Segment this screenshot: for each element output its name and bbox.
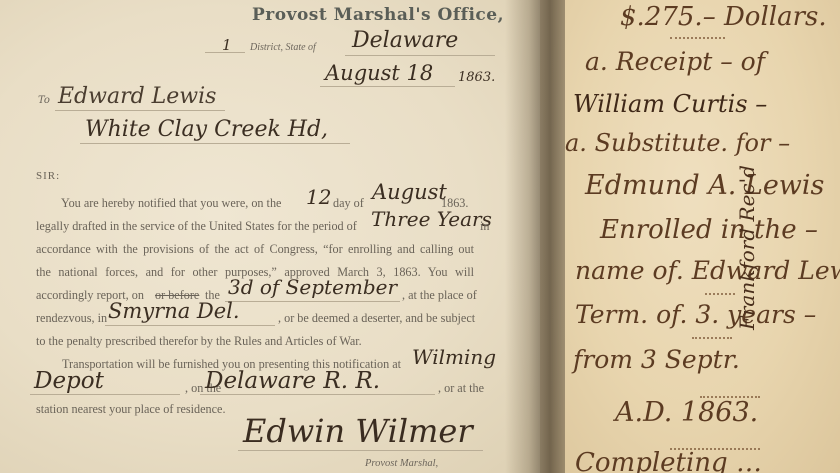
signature-title: Provost Marshal,	[365, 458, 438, 469]
receipt-line-enrolled: Enrolled in the –	[600, 215, 818, 245]
body-line-3: accordance with the provisions of the ac…	[36, 242, 474, 257]
body-line-7: to the penalty prescribed therefor by th…	[36, 334, 362, 349]
body-line-6-fill-line	[105, 325, 275, 326]
margin-note: Frankford Rec'd	[735, 165, 759, 330]
transport-depot: Depot	[34, 368, 104, 394]
receipt-line-receipt-of: a. Receipt – of	[585, 47, 765, 76]
body-line-5-date: 3d of September	[228, 275, 397, 299]
state-handwritten: Delaware	[352, 28, 458, 53]
body-line-2-post: in	[480, 219, 489, 234]
body-line-1-mid: day of	[333, 196, 364, 211]
flourish-1	[670, 34, 725, 39]
date-year: 1863.	[458, 70, 495, 85]
body-line-1-month: August	[372, 180, 447, 204]
body-line-6-pre: rendezvous, in	[36, 311, 107, 326]
district-number-line	[205, 52, 245, 53]
body-line-1-day: 12	[306, 185, 331, 209]
office-heading: Provost Marshal's Office,	[252, 5, 504, 25]
addressee-location-line	[80, 143, 350, 144]
transport-station: Wilming	[412, 345, 496, 369]
transport-railroad-line	[200, 394, 435, 395]
receipt-line-term: Term. of. 3. years –	[575, 300, 816, 329]
flourish-2	[705, 290, 735, 295]
body-line-1-pre: You are hereby notified that you were, o…	[61, 196, 281, 211]
receipt-line-substitute-for: a. Substitute. for –	[565, 129, 790, 157]
receipt-line-amount: $.275.– Dollars.	[620, 2, 827, 32]
receipt-line-year: A.D. 1863.	[615, 397, 758, 428]
receipt-line-name-of: name of. Edward Lewis	[575, 256, 840, 285]
body-line-5-fill-line	[225, 301, 400, 302]
addressee-name: Edward Lewis	[58, 84, 216, 109]
page-edge-shadow	[505, 0, 565, 473]
receipt-line-substitute-name: William Curtis –	[573, 90, 767, 118]
body-line-5-post: , at the place of	[402, 288, 477, 303]
transport-line-2-post: , or at the	[438, 381, 484, 396]
transport-line-3: station nearest your place of residence.	[36, 402, 226, 417]
receipt-line-completing: Completing …	[575, 448, 762, 473]
flourish-3	[692, 334, 732, 339]
body-line-2-pre: legally drafted in the service of the Un…	[36, 219, 357, 234]
draft-notice-document: Provost Marshal's Office, 1 District, St…	[0, 0, 545, 473]
body-line-6-post: , or be deemed a deserter, and be subjec…	[278, 311, 475, 326]
state-line	[345, 55, 495, 56]
receipt-line-from: from 3 Septr.	[573, 345, 740, 374]
receipt-line-enrollee-name: Edmund A. Lewis	[585, 170, 824, 201]
date-handwritten: August 18	[325, 61, 433, 85]
date-line	[320, 86, 455, 87]
signature: Edwin Wilmer	[243, 412, 473, 450]
addressee-name-line	[55, 110, 225, 111]
addressee-location: White Clay Creek Hd,	[85, 117, 328, 142]
body-line-2-period: Three Years	[371, 207, 492, 231]
transport-depot-line	[30, 394, 180, 395]
salutation: SIR:	[36, 170, 60, 182]
to-label: To	[38, 95, 50, 106]
substitute-receipt-document: $.275.– Dollars. a. Receipt – of William…	[540, 0, 840, 473]
signature-line	[238, 450, 483, 451]
district-label: District, State of	[250, 42, 316, 53]
body-line-6-place: Smyrna Del.	[108, 299, 240, 323]
transport-railroad: Delaware R. R.	[205, 368, 380, 394]
